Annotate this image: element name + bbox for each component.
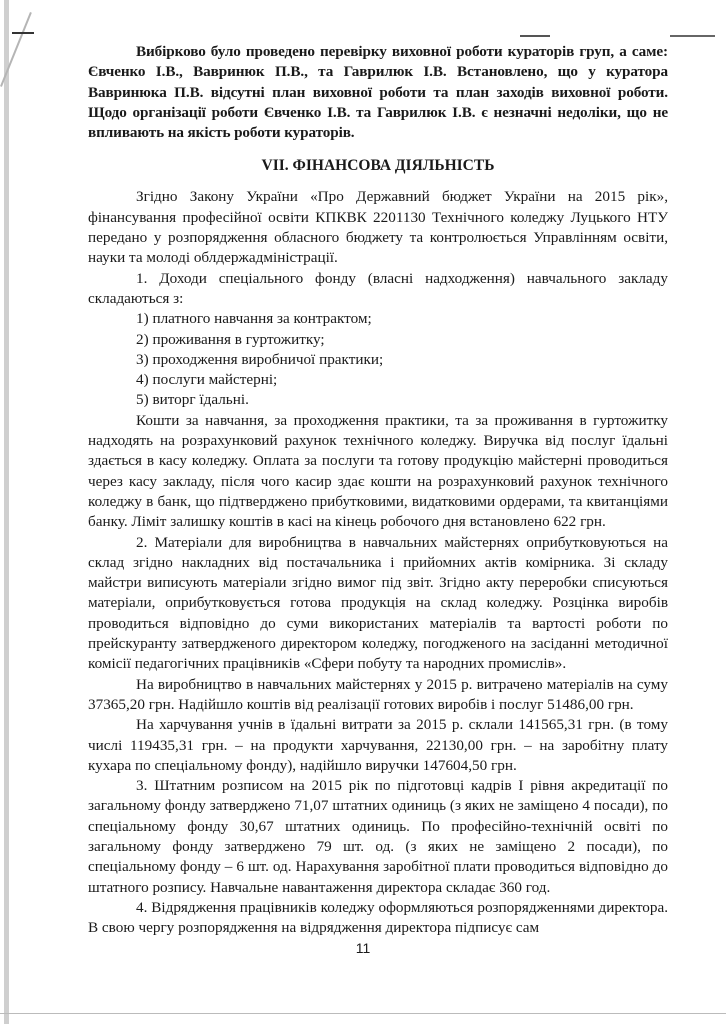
paragraph-business-trips: 4. Відрядження працівників коледжу оформ… bbox=[88, 898, 668, 939]
scan-artifact-mark bbox=[12, 32, 34, 34]
intro-paragraph: Вибірково було проведено перевірку вихов… bbox=[88, 42, 668, 143]
paragraph-workshop-costs: На виробництво в навчальних майстернях у… bbox=[88, 675, 668, 716]
page-number: 11 bbox=[0, 940, 726, 956]
list-item: 1) платного навчання за контрактом; bbox=[88, 309, 668, 329]
income-list: 1) платного навчання за контрактом; 2) п… bbox=[88, 309, 668, 410]
scan-artifact-mark bbox=[520, 35, 550, 37]
list-item: 3) проходження виробничої практики; bbox=[88, 350, 668, 370]
list-item: 2) проживання в гуртожитку; bbox=[88, 330, 668, 350]
scan-edge-shadow bbox=[4, 0, 9, 1024]
list-item: 4) послуги майстерні; bbox=[88, 370, 668, 390]
paragraph-canteen-costs: На харчування учнів в їдальні витрати за… bbox=[88, 715, 668, 776]
paragraph-special-fund-income: 1. Доходи спеціального фонду (власні над… bbox=[88, 269, 668, 310]
paragraph-budget-law: Згідно Закону України «Про Державний бюд… bbox=[88, 187, 668, 268]
list-item: 5) виторг їдальні. bbox=[88, 390, 668, 410]
document-page: Вибірково було проведено перевірку вихов… bbox=[88, 42, 668, 938]
paragraph-materials: 2. Матеріали для виробництва в навчальни… bbox=[88, 533, 668, 675]
section-title: VII. ФІНАНСОВА ДІЯЛЬНІСТЬ bbox=[88, 157, 668, 175]
paragraph-cash-flow: Кошти за навчання, за проходження практи… bbox=[88, 411, 668, 533]
scan-bottom-edge bbox=[0, 1013, 726, 1014]
paragraph-staffing: 3. Штатним розписом на 2015 рік по підго… bbox=[88, 776, 668, 898]
scan-artifact-mark bbox=[670, 35, 715, 37]
